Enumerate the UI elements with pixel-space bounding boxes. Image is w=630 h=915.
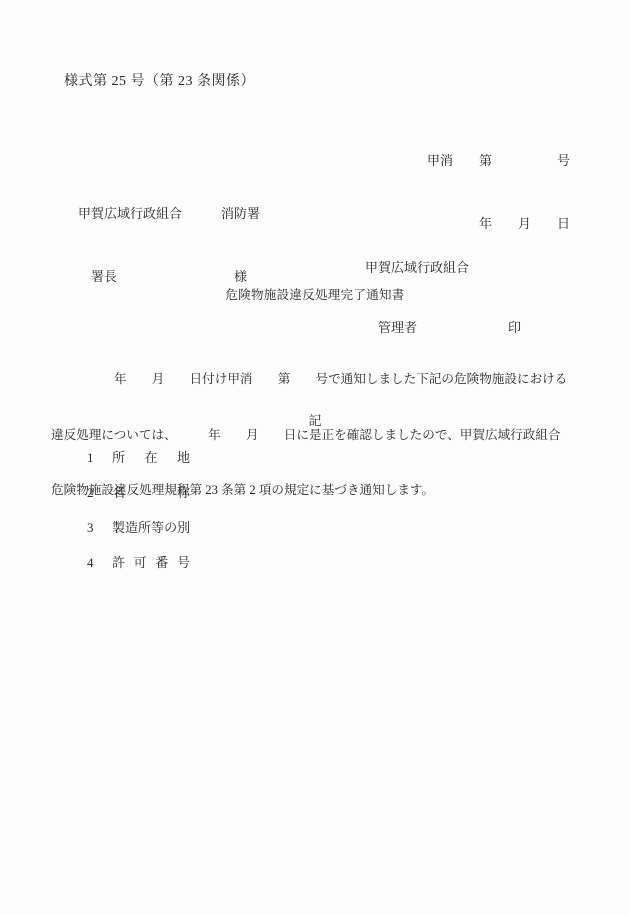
item-row: 1 所在地 xyxy=(87,447,190,466)
item-label: 所在地 xyxy=(112,447,190,466)
item-number: 1 xyxy=(87,450,112,466)
item-number: 3 xyxy=(87,520,112,536)
addressee-block: 甲賀広域行政組合 消防署 署長 様 xyxy=(78,161,260,329)
body-paragraph: 年 月 日付け甲消 第 号で通知しました下記の危険物施設における 違反処理につい… xyxy=(51,333,587,537)
item-number: 2 xyxy=(87,485,112,501)
body-line: 年 月 日付け甲消 第 号で通知しました下記の危険物施設における xyxy=(51,370,587,389)
addressee-org: 甲賀広域行政組合 消防署 xyxy=(78,203,260,224)
item-row: 4 許可番号 xyxy=(87,552,190,571)
item-row: 2 名称 xyxy=(87,482,190,501)
item-row: 3 製造所等の別 xyxy=(87,517,190,536)
form-number: 様式第 25 号（第 23 条関係） xyxy=(64,70,255,90)
item-label: 許可番号 xyxy=(112,552,190,571)
item-number: 4 xyxy=(87,555,112,571)
document-page: 様式第 25 号（第 23 条関係） 甲消 第 号 年 月 日 甲賀広域行政組合… xyxy=(0,0,630,915)
list-marker: 記 xyxy=(0,410,630,429)
item-label: 名称 xyxy=(112,482,190,501)
sender-org: 甲賀広域行政組合 xyxy=(365,258,521,278)
addressee-title-honorific: 署長 様 xyxy=(78,266,260,287)
doc-number-line: 甲消 第 号 xyxy=(427,150,570,171)
item-label: 製造所等の別 xyxy=(112,517,190,536)
document-title: 危険物施設違反処理完了通知書 xyxy=(0,285,630,303)
